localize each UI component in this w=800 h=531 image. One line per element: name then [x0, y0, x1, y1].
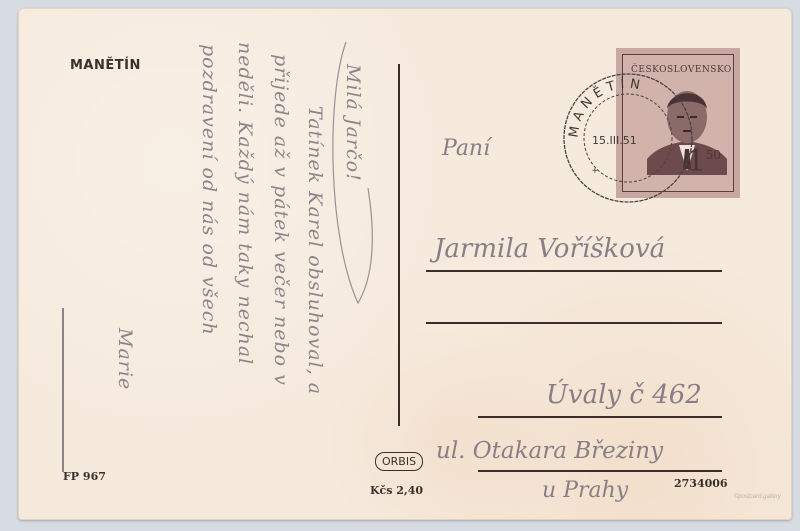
divider-line: [398, 64, 400, 426]
postcard: MANĚTÍN Milá Jarčo! Tatínek Karel obsluh…: [18, 8, 792, 520]
svg-text:+: +: [592, 166, 598, 177]
message-line-2: přijede až v pátek večer nebo v: [270, 54, 292, 386]
postmark: MANĚTÍN 15.III.51 +: [560, 70, 696, 206]
message-signature: Marie: [114, 328, 136, 390]
postmark-town: MANĚTÍN: [566, 76, 646, 139]
publisher-logo: ORBIS: [375, 452, 423, 471]
pencil-loop: [318, 38, 378, 308]
message-line-3: neděli. Každý nám taky nechal: [234, 42, 256, 365]
address-name: Jarmila Voříšková: [434, 234, 665, 264]
place-title: MANĚTÍN: [70, 58, 141, 73]
price: Kčs 2,40: [370, 484, 423, 497]
address-line-3: [478, 416, 722, 418]
address-line-4: [478, 470, 722, 472]
address-street-line2: ul. Otakara Březiny: [436, 438, 663, 464]
address-line-1: [426, 270, 722, 272]
postmark-date: 15.III.51: [592, 134, 637, 147]
svg-text:MANĚTÍN: MANĚTÍN: [566, 76, 646, 139]
address-line-2: [426, 322, 722, 324]
address-street: Úvaly č 462: [546, 380, 702, 410]
watermark: ©postcard.gallery: [734, 494, 781, 500]
address-salutation: Paní: [442, 136, 490, 161]
pencil-line: [62, 308, 64, 472]
message-line-4: pozdravení od nás od všech: [198, 44, 220, 336]
serial-number: 2734006: [674, 477, 728, 490]
address-city: u Prahy: [542, 478, 628, 503]
publisher-code: FP 967: [63, 470, 106, 483]
